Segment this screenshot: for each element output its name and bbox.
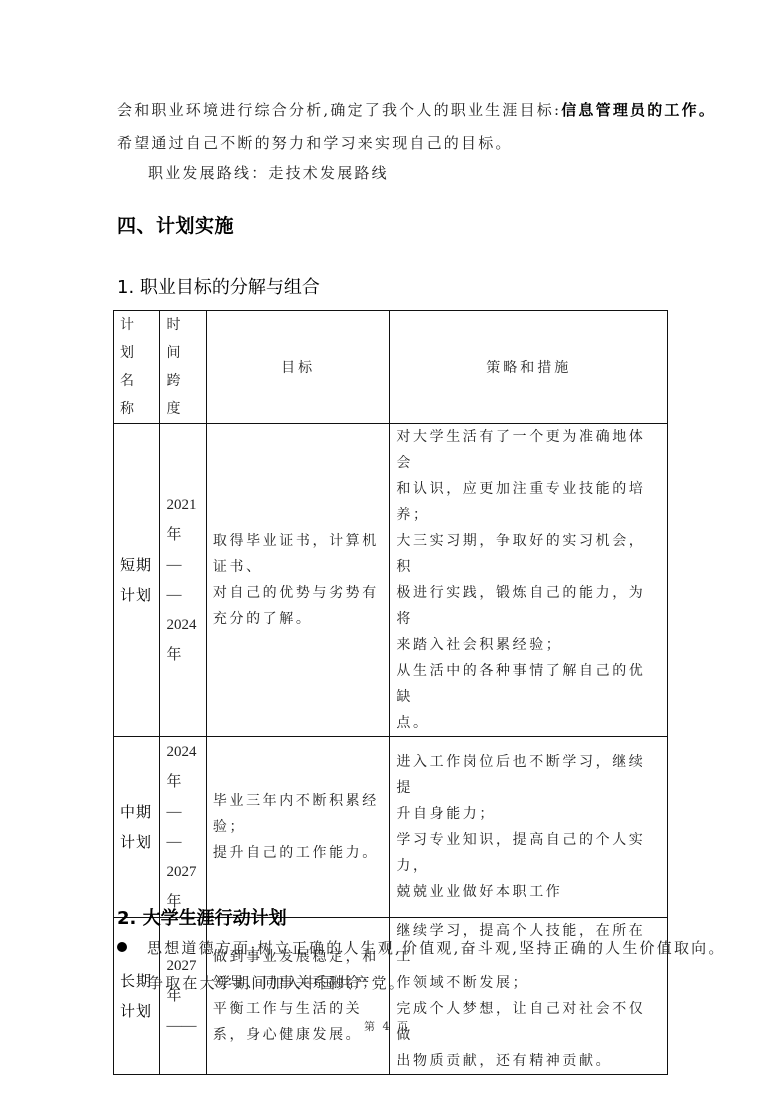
bullet-item: 思想道德方面:树立正确的人生观,价值观,奋斗观,坚持正确的人生价值取向。 <box>117 937 726 958</box>
intro-paragraph-line-1: 会和职业环境进行综合分析,确定了我个人的职业生涯目标:信息管理员的工作。 <box>117 100 716 120</box>
table-row: 中期 计划 2024 年 — — 2027 年 毕业三年内不断积累经 验； 提升… <box>114 737 668 918</box>
subsection-heading-2: 2. 大学生涯行动计划 <box>117 904 287 930</box>
intro-text: 会和职业环境进行综合分析,确定了我个人的职业生涯目标: <box>117 101 561 119</box>
plan-name-cell: 短期 计划 <box>114 424 160 737</box>
subsection-heading-1: 1. 职业目标的分解与组合 <box>117 273 320 299</box>
header-strategy: 策略和措施 <box>390 311 668 424</box>
career-goal-table: 计划 名称 时间 跨度 目标 策略和措施 短期 计划 2021 年 — — 20… <box>113 310 668 1075</box>
career-goal-bold: 信息管理员的工作。 <box>561 101 716 119</box>
bullet-continuation: 争取在大学期间加入中国共产党。 <box>148 972 406 993</box>
strategy-cell: 对大学生活有了一个更为准确地体会 和认识，应更加注重专业技能的培养； 大三实习期… <box>390 424 668 737</box>
goal-cell: 毕业三年内不断积累经 验； 提升自己的工作能力。 <box>206 737 390 918</box>
table-row: 短期 计划 2021 年 — — 2024 年 取得毕业证书，计算机 证书、 对… <box>114 424 668 737</box>
bullet-dot-icon <box>117 942 127 952</box>
time-span-cell: 2024 年 — — 2027 年 <box>160 737 206 918</box>
intro-paragraph-line-2: 希望通过自己不断的努力和学习来实现自己的目标。 <box>117 133 513 153</box>
header-time-span: 时间 跨度 <box>160 311 206 424</box>
time-span-cell: 2021 年 — — 2024 年 <box>160 424 206 737</box>
goal-cell: 取得毕业证书，计算机 证书、 对自己的优势与劣势有 充分的了解。 <box>206 424 390 737</box>
strategy-cell: 进入工作岗位后也不断学习，继续提 升自身能力； 学习专业知识，提高自己的个人实力… <box>390 737 668 918</box>
document-page: 会和职业环境进行综合分析,确定了我个人的职业生涯目标:信息管理员的工作。 希望通… <box>0 0 774 1095</box>
header-goal: 目标 <box>206 311 390 424</box>
page-number: 第 4 页 <box>0 1018 774 1034</box>
table-header-row: 计划 名称 时间 跨度 目标 策略和措施 <box>114 311 668 424</box>
plan-name-cell: 中期 计划 <box>114 737 160 918</box>
header-plan-name: 计划 名称 <box>114 311 160 424</box>
bullet-text: 思想道德方面:树立正确的人生观,价值观,奋斗观,坚持正确的人生价值取向。 <box>147 939 726 957</box>
section-heading: 四、计划实施 <box>117 211 234 238</box>
career-route-line: 职业发展路线：走技术发展路线 <box>148 163 389 183</box>
